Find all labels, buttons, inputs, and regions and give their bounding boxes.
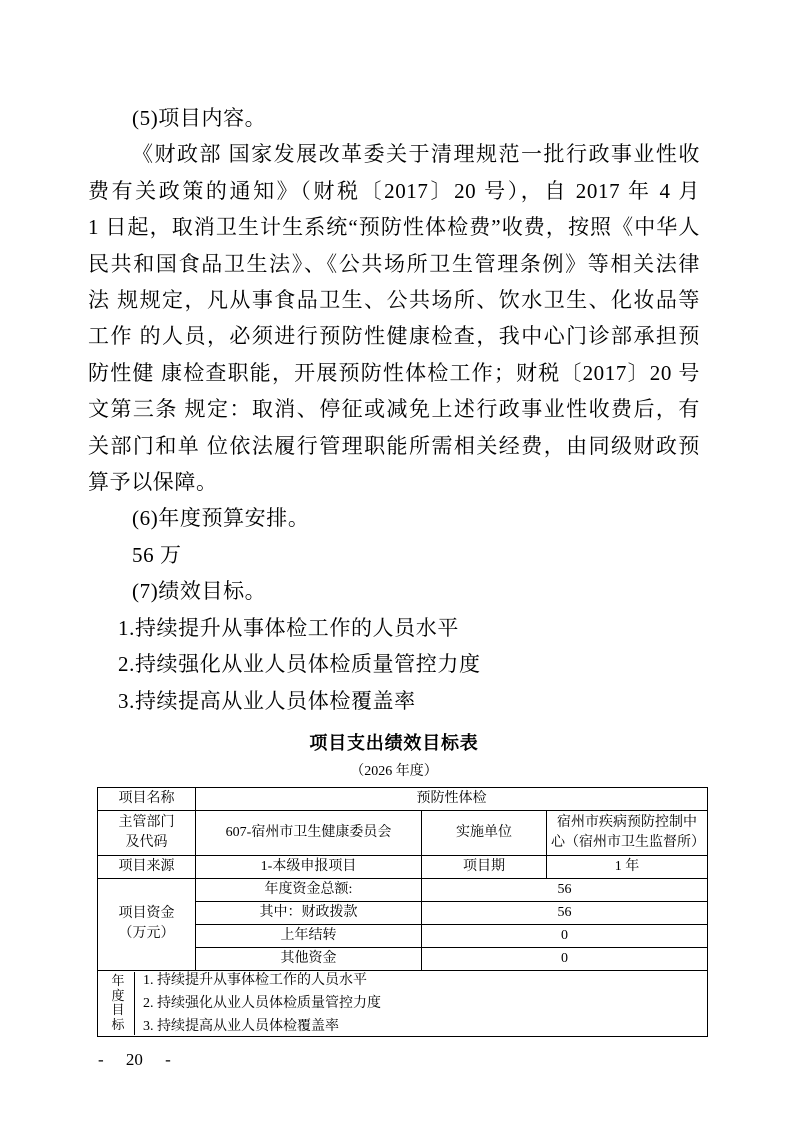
annual-goals-wrap: 年度目标 1. 持续提升从事体检工作的人员水平 2. 持续强化从业人员体检质量管… [102, 972, 703, 1035]
dept-label: 主管部门 及代码 [98, 810, 196, 855]
project-period-value: 1 年 [547, 855, 708, 878]
annual-goal-label-box: 年度目标 [102, 972, 135, 1035]
annual-goal-label: 年度目标 [111, 974, 125, 1032]
paragraph-line: 费有关政策的通知》（财税〔2017〕20 号），自 2017 年 4 月 [88, 173, 700, 209]
document-page: (5)项目内容。 《财政部 国家发展改革委关于清理规范一批行政事业性收 费有关政… [0, 0, 793, 1122]
fund-row-label: 其他资金 [196, 947, 422, 970]
table-row: 项目来源 1-本级申报项目 项目期 1 年 [98, 855, 708, 878]
table-row: 年度目标 1. 持续提升从事体检工作的人员水平 2. 持续强化从业人员体检质量管… [98, 970, 708, 1036]
performance-target-table: 项目名称 预防性体检 主管部门 及代码 607-宿州市卫生健康委员会 实施单位 … [97, 787, 708, 1037]
paragraph-line: 1 日起，取消卫生计生系统“预防性体检费”收费，按照《中华人 [88, 209, 700, 245]
impl-unit-label: 实施单位 [422, 810, 547, 855]
table-row: 主管部门 及代码 607-宿州市卫生健康委员会 实施单位 宿州市疾病预防控制中 … [98, 810, 708, 855]
paragraph-line: 工作 的人员，必须进行预防性健康检查，我中心门诊部承担预 [88, 318, 700, 354]
goal-line: 3.持续提高从业人员体检覆盖率 [88, 683, 700, 719]
section-6-heading: (6)年度预算安排。 [88, 500, 700, 536]
fund-row-label: 其中：财政拨款 [196, 901, 422, 924]
annual-goal-line: 3. 持续提高从业人员体检覆盖率 [143, 1015, 695, 1037]
fund-row-label: 年度资金总额: [196, 878, 422, 901]
footer-page-number: - 20 - [98, 1050, 171, 1070]
paragraph-line: 关部门和单 位依法履行管理职能所需相关经费，由同级财政预 [88, 428, 700, 464]
section-5-heading: (5)项目内容。 [88, 100, 700, 136]
project-source-label: 项目来源 [98, 855, 196, 878]
annual-goals-cell: 年度目标 1. 持续提升从事体检工作的人员水平 2. 持续强化从业人员体检质量管… [98, 970, 708, 1036]
impl-unit-value: 宿州市疾病预防控制中 心（宿州市卫生监督所） [547, 810, 708, 855]
annual-goal-line: 1. 持续提升从事体检工作的人员水平 [143, 970, 695, 992]
annual-goals-list: 1. 持续提升从事体检工作的人员水平 2. 持续强化从业人员体检质量管控力度 3… [135, 972, 703, 1035]
project-name-label: 项目名称 [98, 787, 196, 810]
fund-row-value: 56 [422, 878, 708, 901]
table-row: 项目名称 预防性体检 [98, 787, 708, 810]
project-funds-label: 项目资金 （万元） [98, 878, 196, 970]
paragraph-line: 文第三条 规定：取消、停征或减免上述行政事业性收费后，有 [88, 391, 700, 427]
table-title: 项目支出绩效目标表 [88, 732, 700, 754]
project-name-value: 预防性体检 [196, 787, 708, 810]
paragraph-line: 《财政部 国家发展改革委关于清理规范一批行政事业性收 [88, 136, 700, 172]
goal-line: 2.持续强化从业人员体检质量管控力度 [88, 646, 700, 682]
project-source-value: 1-本级申报项目 [196, 855, 422, 878]
fund-row-value: 56 [422, 901, 708, 924]
table-subtitle: （2026 年度） [88, 763, 700, 781]
fund-row-value: 0 [422, 947, 708, 970]
paragraph-line: 算予以保障。 [88, 464, 700, 500]
dept-value: 607-宿州市卫生健康委员会 [196, 810, 422, 855]
paragraph-line: 民共和国食品卫生法》、《公共场所卫生管理条例》等相关法律 [88, 246, 700, 282]
paragraph-line: 防性健 康检查职能，开展预防性体检工作；财税〔2017〕20 号 [88, 355, 700, 391]
table-row: 项目资金 （万元） 年度资金总额: 56 [98, 878, 708, 901]
project-period-label: 项目期 [422, 855, 547, 878]
budget-amount: 56 万 [88, 537, 700, 573]
section-7-heading: (7)绩效目标。 [88, 573, 700, 609]
goal-line: 1.持续提升从事体检工作的人员水平 [88, 610, 700, 646]
fund-row-value: 0 [422, 924, 708, 947]
paragraph-line: 法 规规定，凡从事食品卫生、公共场所、饮水卫生、化妆品等 [88, 282, 700, 318]
fund-row-label: 上年结转 [196, 924, 422, 947]
annual-goal-line: 2. 持续强化从业人员体检质量管控力度 [143, 992, 695, 1015]
document-content: (5)项目内容。 《财政部 国家发展改革委关于清理规范一批行政事业性收 费有关政… [0, 0, 793, 1037]
